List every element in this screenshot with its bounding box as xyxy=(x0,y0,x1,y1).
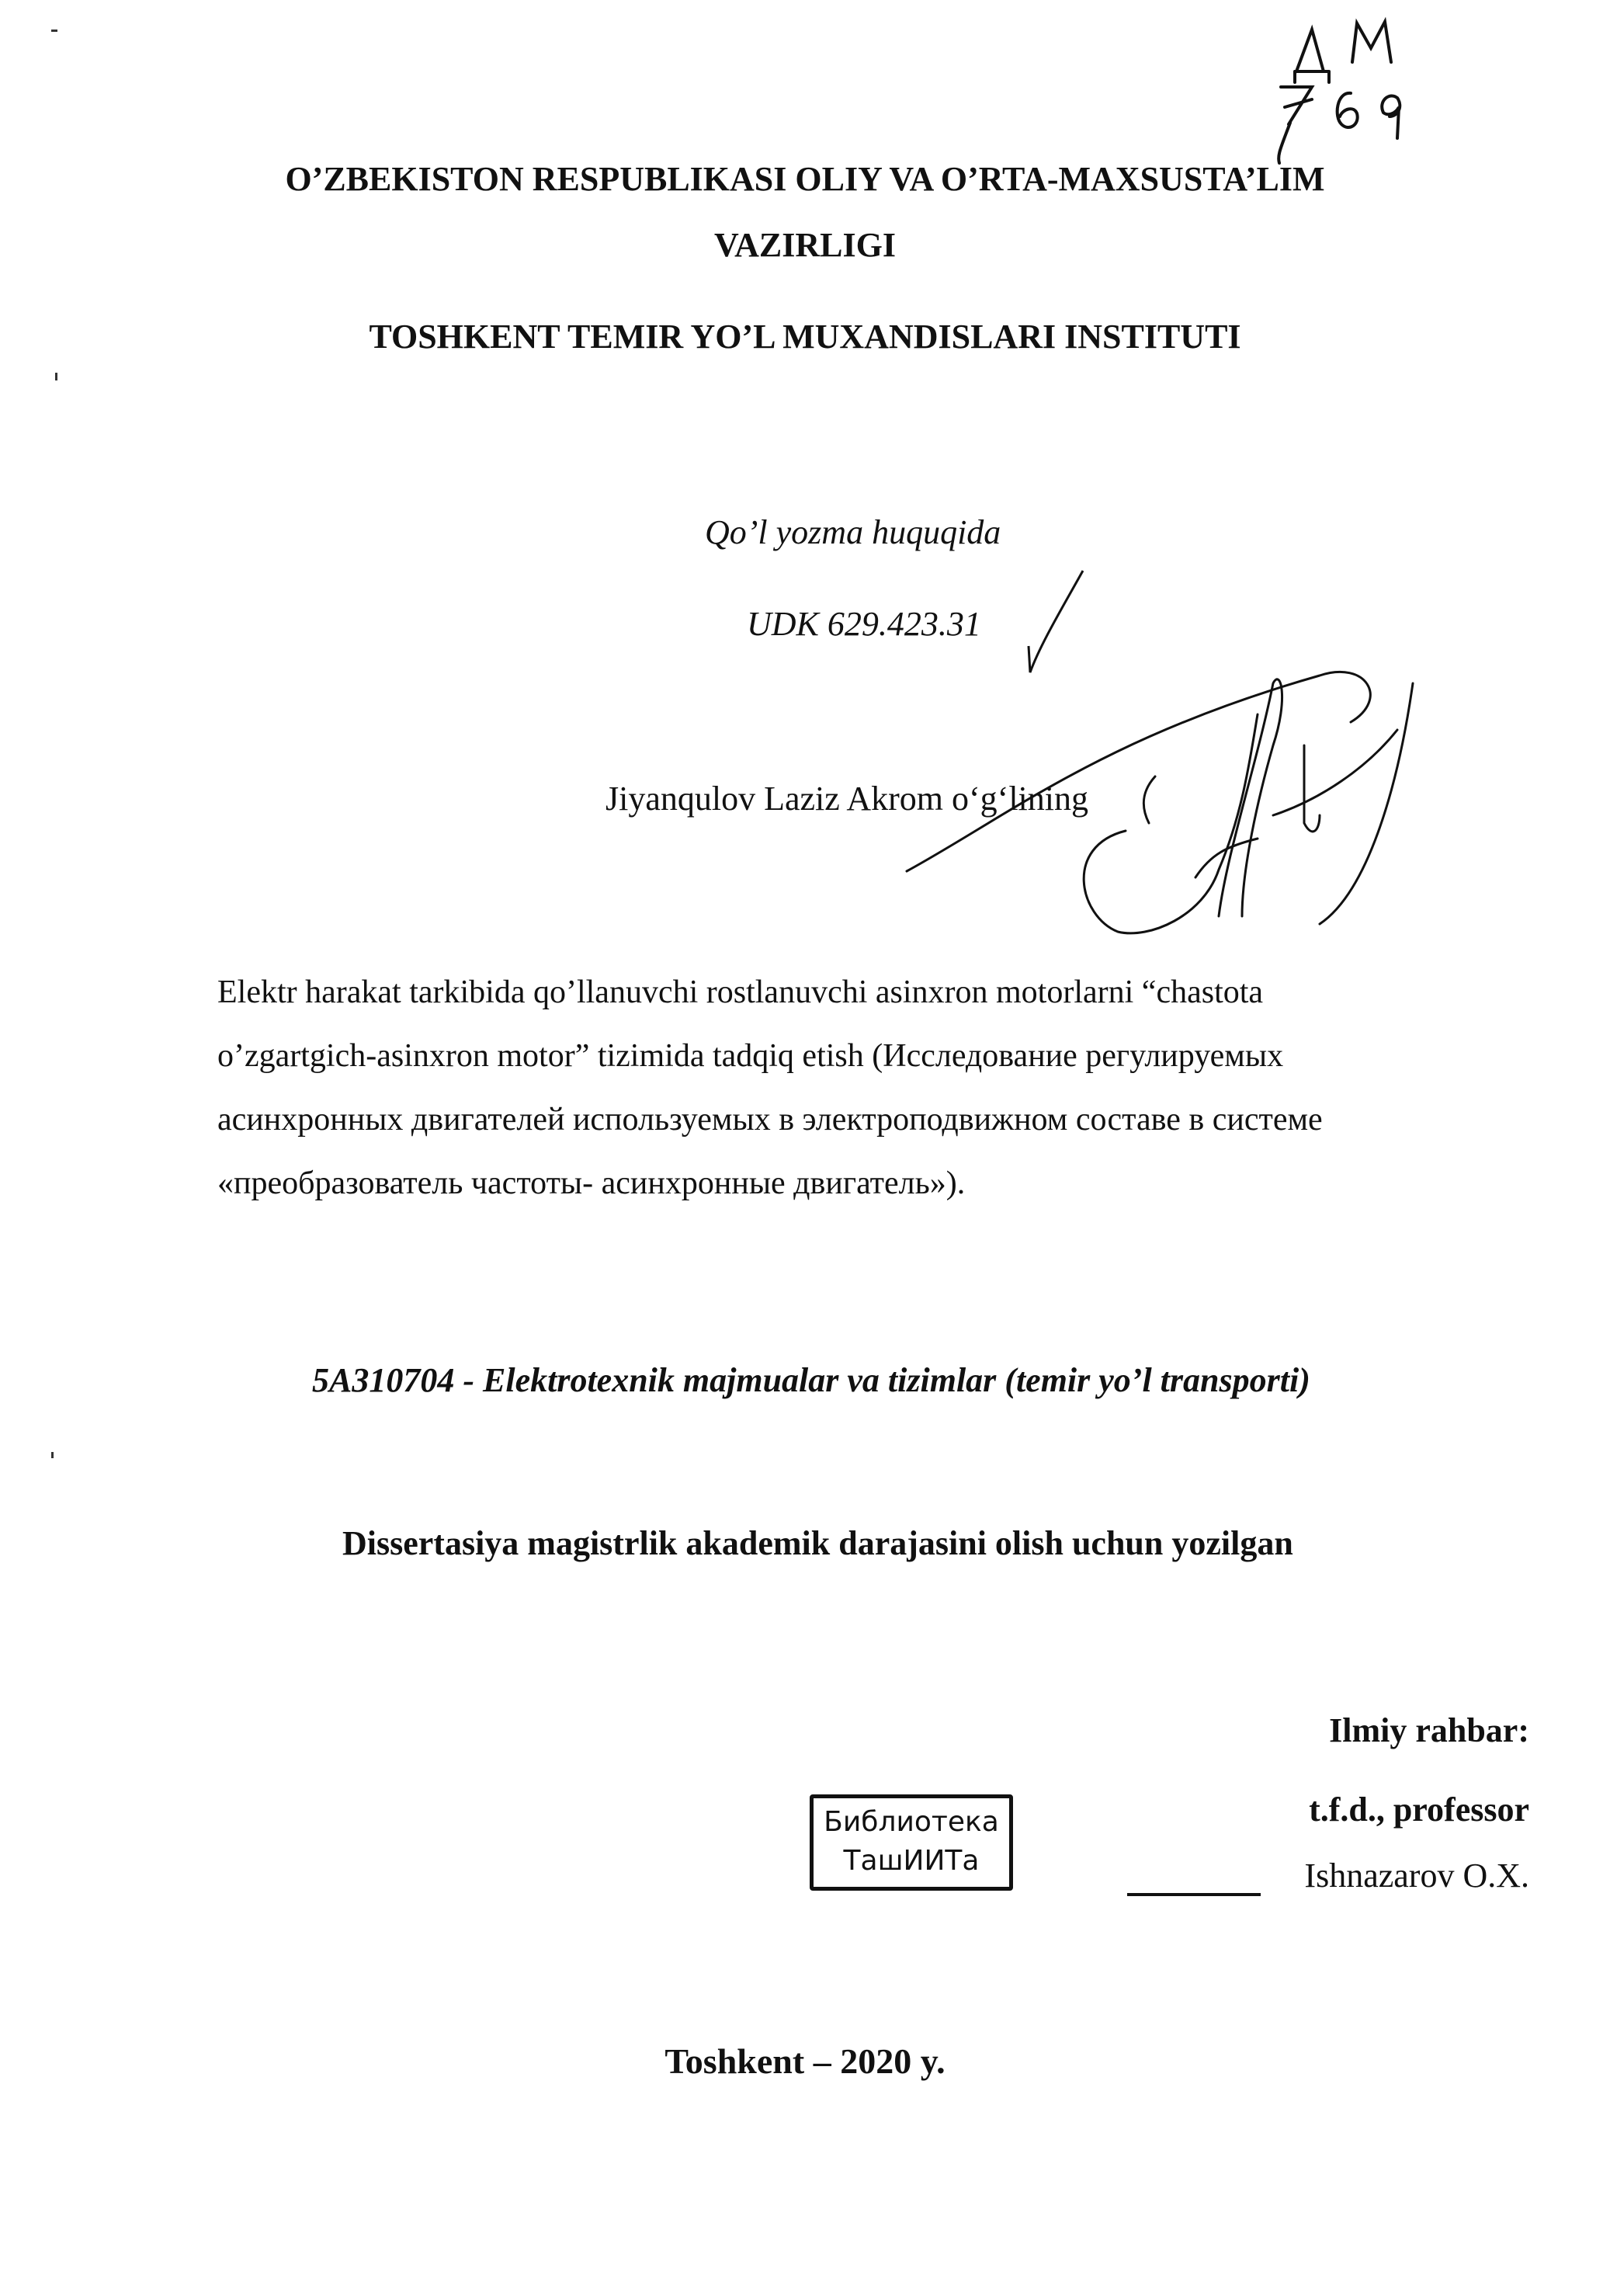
specialty-code: 5A310704 - Elektrotexnik majmualar va ti… xyxy=(312,1360,1310,1400)
scan-speck xyxy=(51,30,57,32)
supervisor-signature-line xyxy=(1127,1893,1261,1896)
handwritten-archive-mark-icon xyxy=(1279,22,1400,163)
place-and-year: Toshkent – 2020 y. xyxy=(0,2041,1610,2082)
degree-statement: Dissertasiya magistrlik akademik darajas… xyxy=(342,1523,1293,1563)
udk-code: UDK 629.423.31 xyxy=(747,604,981,644)
supervisor-label: Ilmiy rahbar: xyxy=(1329,1711,1529,1750)
title-line: Elektr harakat tarkibida qo’llanuvchi ro… xyxy=(217,960,1537,1024)
title-line: o’zgartgich-asinxron motor” tizimida tad… xyxy=(217,1024,1537,1088)
ministry-name-line2: VAZIRLIGI xyxy=(0,225,1610,265)
scan-speck xyxy=(55,373,57,380)
title-line: асинхронных двигателей используемых в эл… xyxy=(217,1088,1537,1151)
ministry-name-line1: O’ZBEKISTON RESPUBLIKASI OLIY VA O’RTA-M… xyxy=(0,159,1610,199)
manuscript-rights-label: Qo’l yozma huquqida xyxy=(705,512,1001,552)
supervisor-name: Ishnazarov O.X. xyxy=(1304,1856,1529,1895)
title-line: «преобразователь частоты- асинхронные дв… xyxy=(217,1151,1537,1215)
scan-speck xyxy=(51,1452,54,1458)
institute-name: TOSHKENT TEMIR YO’L MUXANDISLARI INSTITU… xyxy=(0,317,1610,356)
stamp-line: Библиотека xyxy=(814,1803,1009,1842)
stamp-line: ТашИИТа xyxy=(814,1842,1009,1881)
dissertation-title: Elektr harakat tarkibida qo’llanuvchi ro… xyxy=(217,960,1537,1215)
supervisor-title: t.f.d., professor xyxy=(1309,1790,1529,1829)
author-name: Jiyanqulov Laziz Akrom o‘g‘lining xyxy=(605,779,1088,818)
library-stamp: Библиотека ТашИИТа xyxy=(810,1794,1013,1891)
checkmark-icon xyxy=(1029,571,1083,672)
